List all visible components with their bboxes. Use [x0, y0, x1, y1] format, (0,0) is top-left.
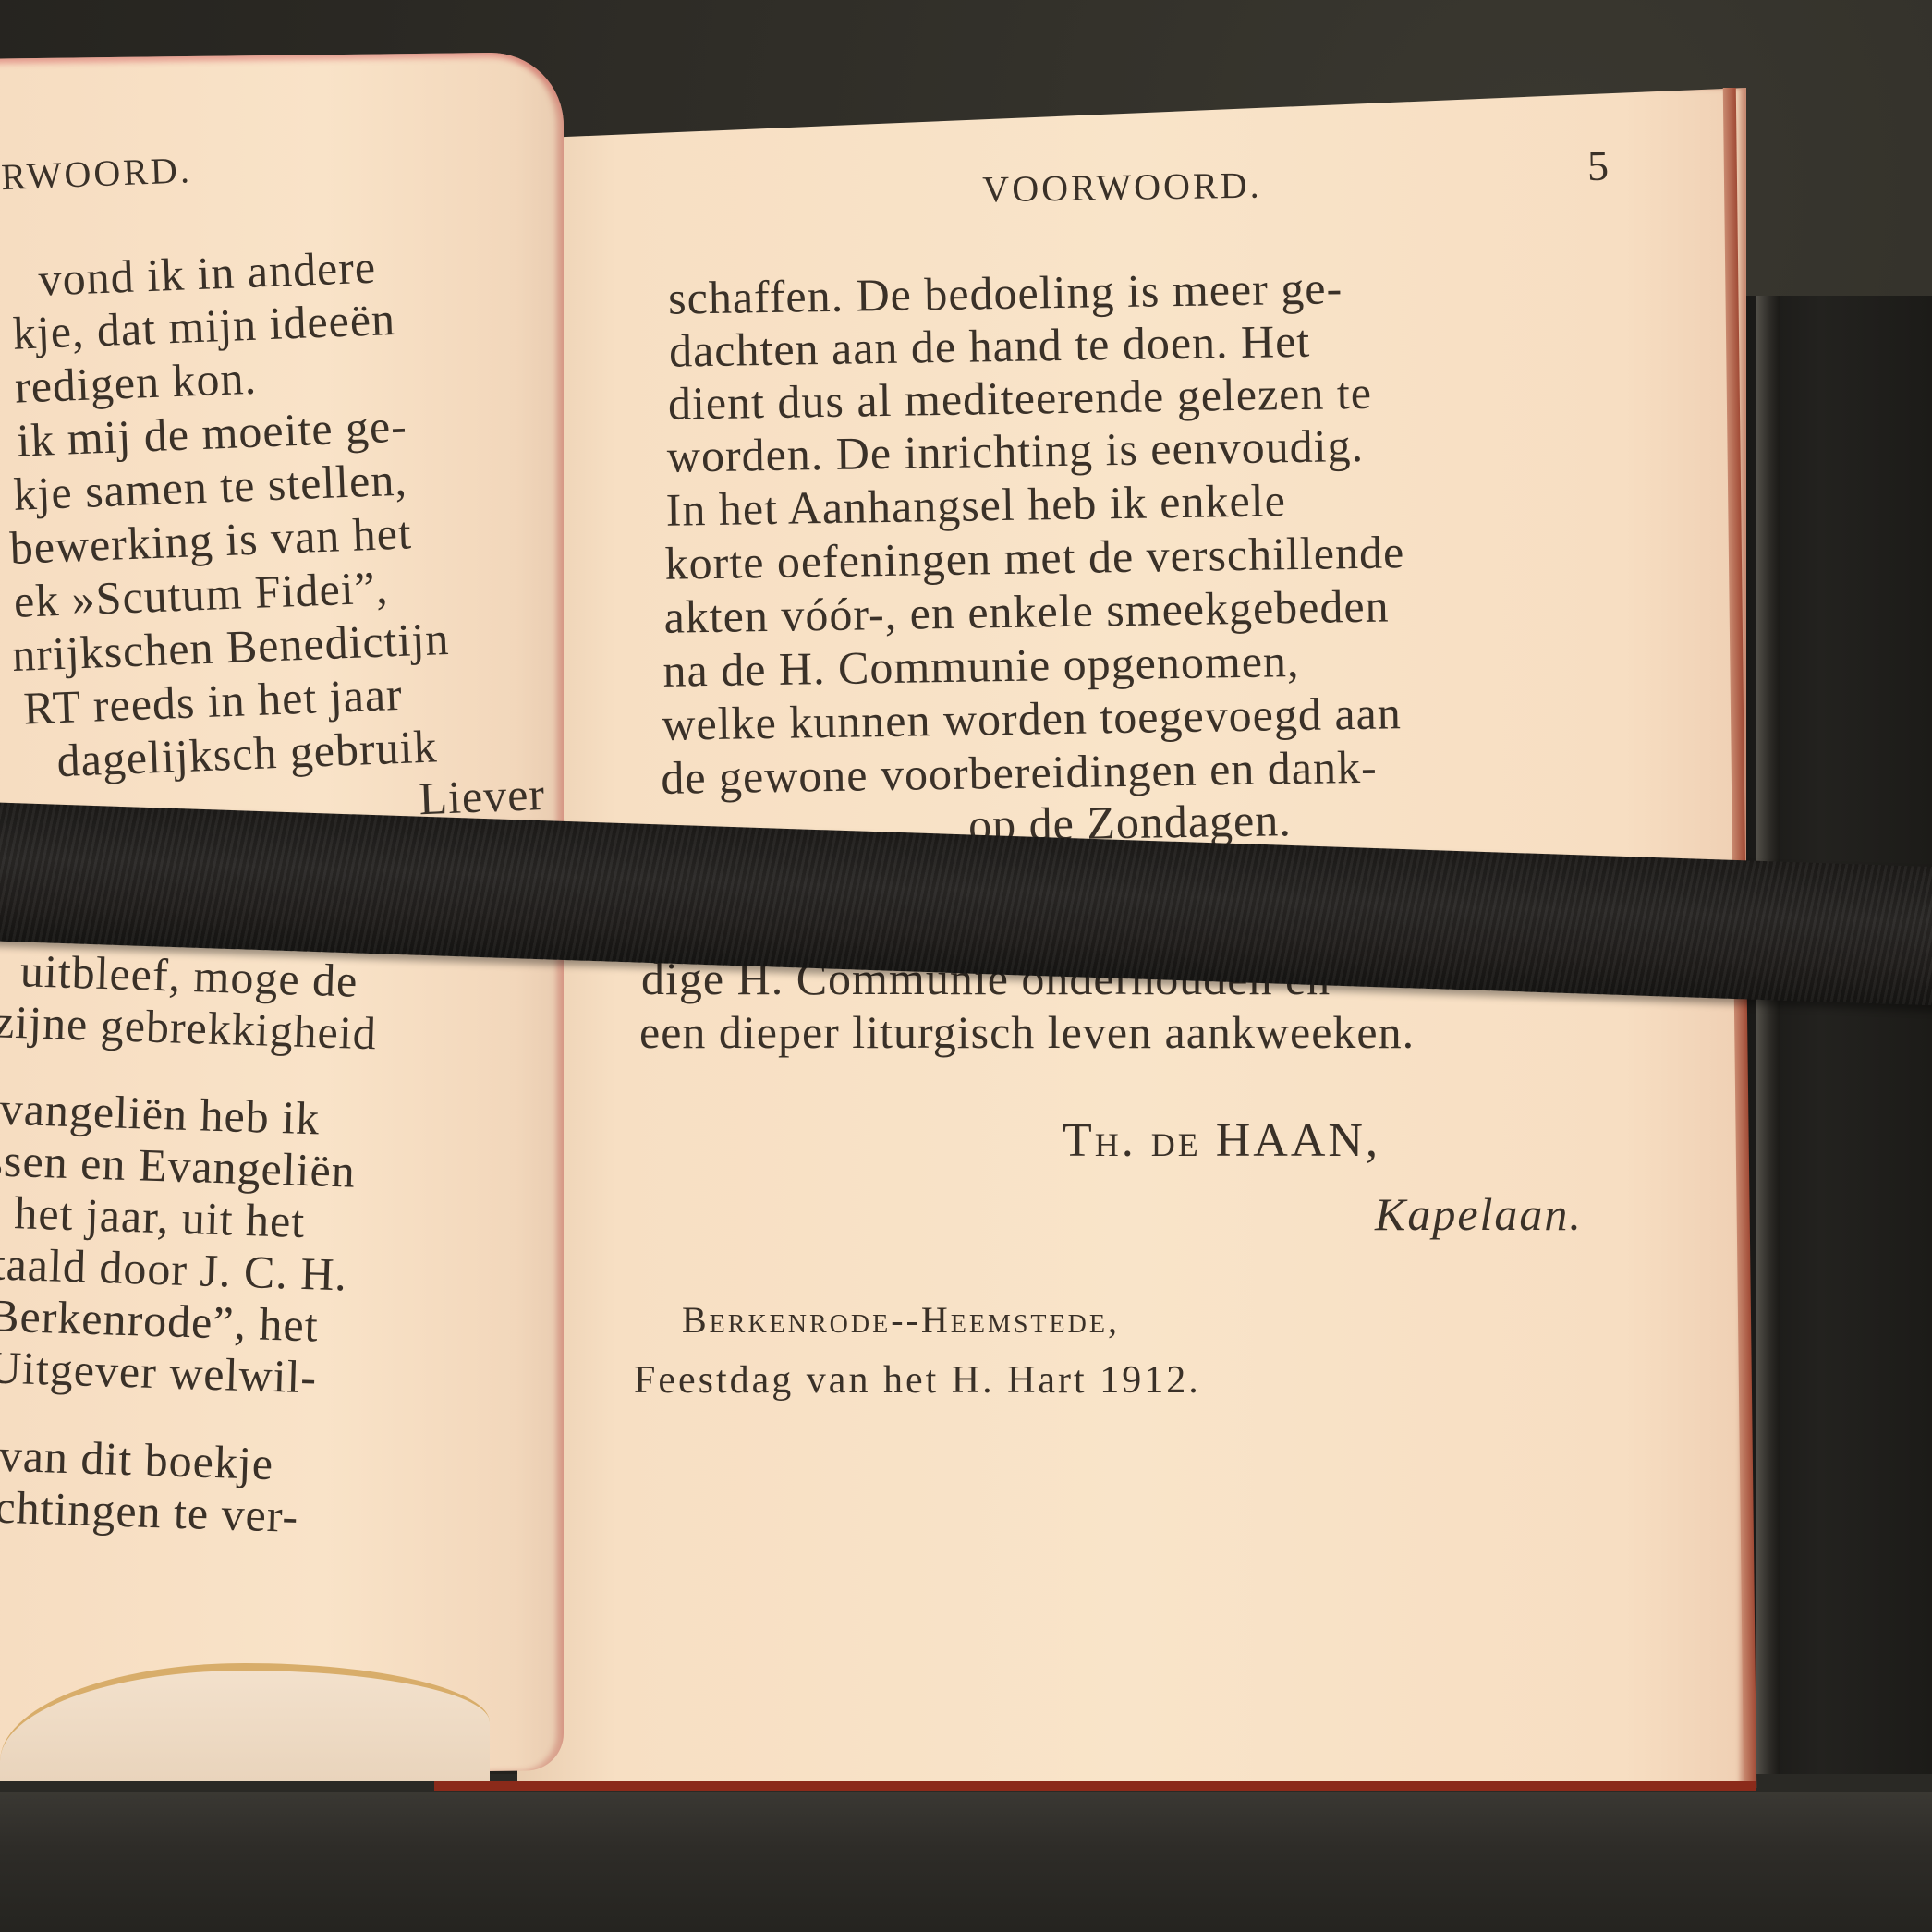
text-line: n Uitgever welwil- — [0, 1339, 318, 1403]
signature-name: Th. de HAAN, — [1063, 1113, 1380, 1168]
book-photo-scene: VOORWOORD. 5 schaffen. De bedoeling is m… — [0, 0, 1932, 1932]
text-line: zijne gebrekkigheid — [0, 994, 378, 1060]
date-line: Feestdag van het H. Hart 1912. — [634, 1358, 1201, 1403]
text-line: nlichtingen te ver- — [0, 1478, 299, 1543]
place-line: Berkenrode--Heemstede, — [682, 1298, 1120, 1342]
text-line: een dieper liturgisch leven aankweeken. — [639, 1005, 1415, 1059]
signature-title: Kapelaan. — [1375, 1187, 1583, 1241]
